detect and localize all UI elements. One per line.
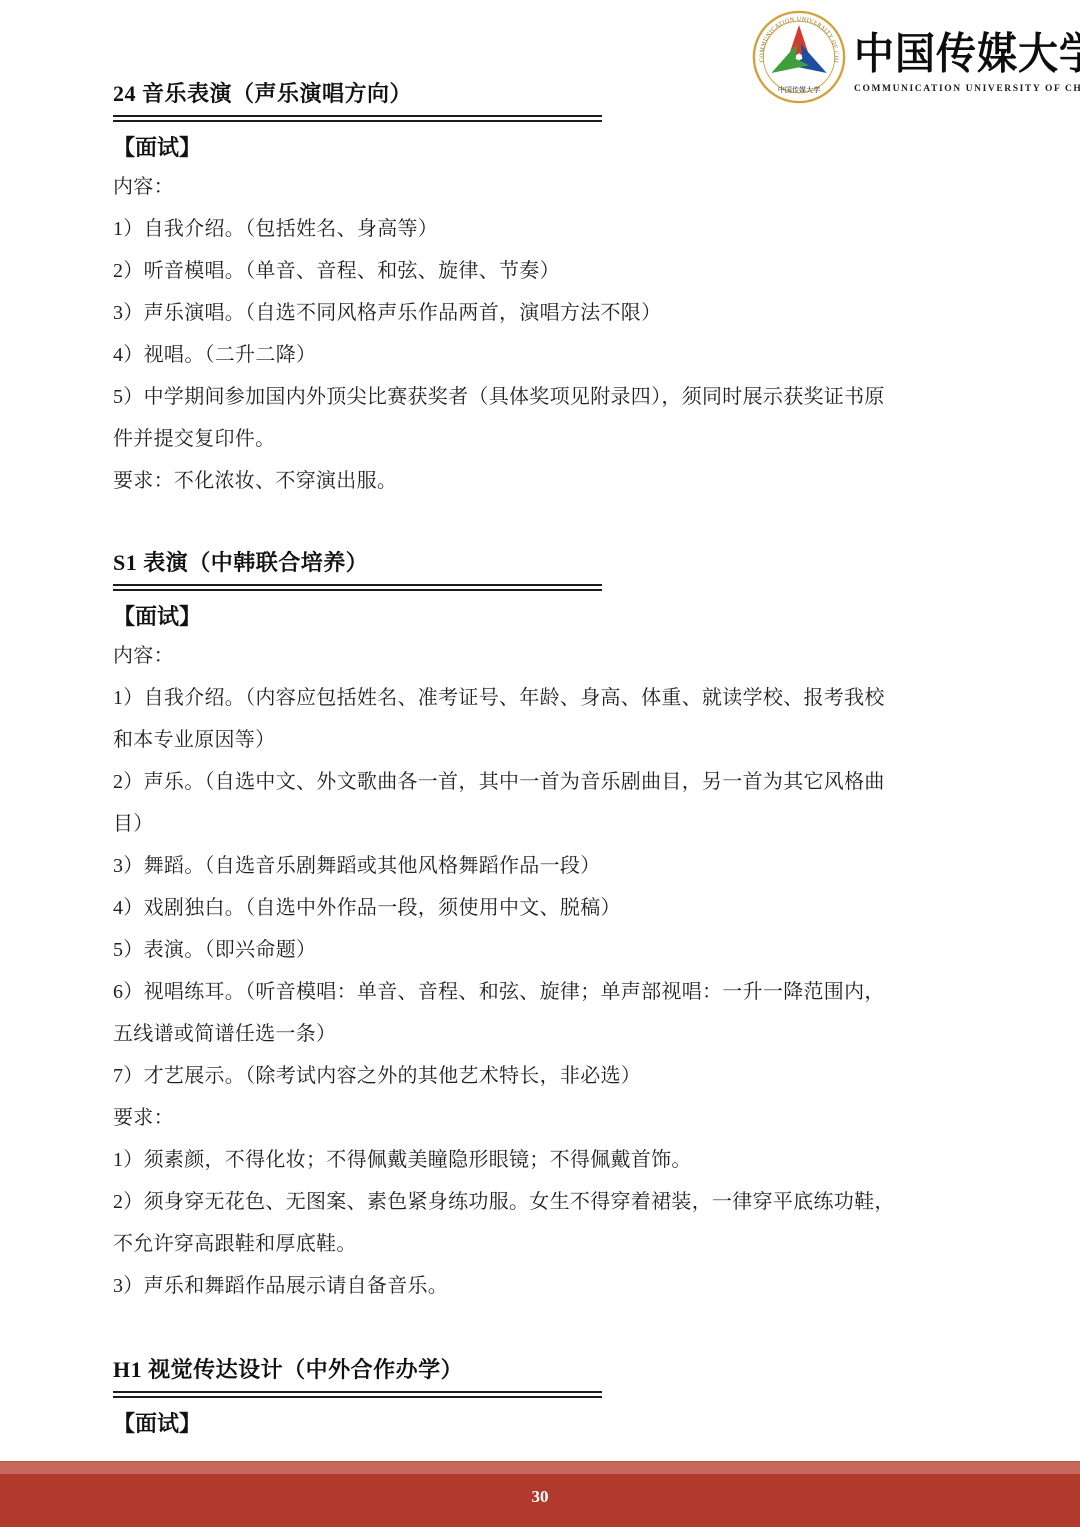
body-line: 和本专业原因等）	[113, 719, 967, 761]
body-line: 6）视唱练耳。（听音模唱：单音、音程、和弦、旋律；单声部视唱：一升一降范围内，	[113, 971, 967, 1013]
section-title: H1 视觉传达设计（中外合作办学）	[113, 1356, 967, 1383]
section-title: S1 表演（中韩联合培养）	[113, 549, 967, 576]
body-line: 1）自我介绍。（包括姓名、身高等）	[113, 208, 967, 250]
body-line: 4）视唱。（二升二降）	[113, 334, 967, 376]
university-name-cn: 中国传媒大学	[854, 20, 1080, 82]
body-line: 不允许穿高跟鞋和厚底鞋。	[113, 1223, 967, 1265]
interview-label: 【面试】	[113, 603, 967, 630]
section-music-performance: 24 音乐表演（声乐演唱方向） 【面试】 内容：1）自我介绍。（包括姓名、身高等…	[113, 80, 967, 502]
double-rule	[113, 115, 602, 122]
body-line: 5）表演。（即兴命题）	[113, 929, 967, 971]
interview-label: 【面试】	[113, 134, 967, 161]
interview-label: 【面试】	[113, 1410, 967, 1437]
body-line: 3）声乐演唱。（自选不同风格声乐作品两首，演唱方法不限）	[113, 292, 967, 334]
body-line: 件并提交复印件。	[113, 418, 967, 460]
body-line: 2）声乐。（自选中文、外文歌曲各一首，其中一首为音乐剧曲目，另一首为其它风格曲	[113, 761, 967, 803]
page-number: 30	[532, 1487, 549, 1507]
section-acting-sino-korean: S1 表演（中韩联合培养） 【面试】 内容：1）自我介绍。（内容应包括姓名、准考…	[113, 549, 967, 1307]
document-page: COMMUNICATION UNIVERSITY OF CHINA 中国传媒大学…	[0, 0, 1080, 1527]
body-line: 目）	[113, 803, 967, 845]
body-line: 内容：	[113, 166, 967, 208]
body-line: 1）须素颜，不得化妆；不得佩戴美瞳隐形眼镜；不得佩戴首饰。	[113, 1139, 967, 1181]
body-line: 3）舞蹈。（自选音乐剧舞蹈或其他风格舞蹈作品一段）	[113, 845, 967, 887]
body-line: 五线谱或简谱任选一条）	[113, 1013, 967, 1055]
body-line: 内容：	[113, 635, 967, 677]
body-line: 要求：不化浓妆、不穿演出服。	[113, 460, 967, 502]
section-body: 内容：1）自我介绍。（包括姓名、身高等）2）听音模唱。（单音、音程、和弦、旋律、…	[113, 166, 967, 502]
section-body: 内容：1）自我介绍。（内容应包括姓名、准考证号、年龄、身高、体重、就读学校、报考…	[113, 635, 967, 1307]
body-line: 要求：	[113, 1097, 967, 1139]
body-line: 7）才艺展示。（除考试内容之外的其他艺术特长，非必选）	[113, 1055, 967, 1097]
footer-bar: 30	[0, 1474, 1080, 1527]
double-rule	[113, 1391, 602, 1398]
body-line: 2）听音模唱。（单音、音程、和弦、旋律、节奏）	[113, 250, 967, 292]
body-line: 5）中学期间参加国内外顶尖比赛获奖者（具体奖项见附录四），须同时展示获奖证书原	[113, 376, 967, 418]
double-rule	[113, 584, 602, 591]
page-footer: 30	[0, 1461, 1080, 1527]
body-line: 3）声乐和舞蹈作品展示请自备音乐。	[113, 1265, 967, 1307]
body-line: 1）自我介绍。（内容应包括姓名、准考证号、年龄、身高、体重、就读学校、报考我校	[113, 677, 967, 719]
footer-accent-strip	[0, 1461, 1080, 1474]
body-line: 2）须身穿无花色、无图案、素色紧身练功服。女生不得穿着裙装，一律穿平底练功鞋，	[113, 1181, 967, 1223]
section-visual-design: H1 视觉传达设计（中外合作办学） 【面试】	[113, 1356, 967, 1437]
section-title: 24 音乐表演（声乐演唱方向）	[113, 80, 967, 107]
body-line: 4）戏剧独白。（自选中外作品一段，须使用中文、脱稿）	[113, 887, 967, 929]
